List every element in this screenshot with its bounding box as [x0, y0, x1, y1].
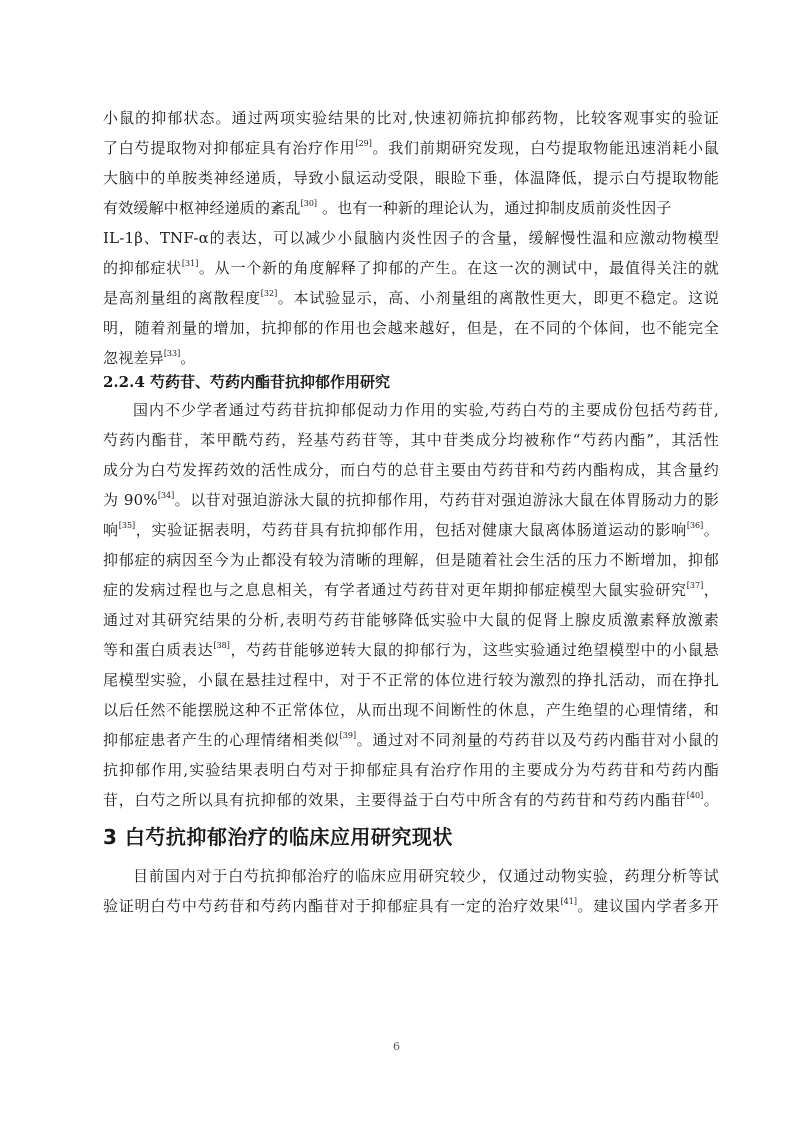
- text-line: 芍药内酯苷，苯甲酰芍药，羟基芍药苷等，其中苷类成分均被称作“芍药内酯”，其活性: [103, 425, 719, 455]
- citation-ref: [35]: [119, 521, 135, 530]
- citation-ref: [36]: [687, 521, 703, 530]
- text-line: IL-1β、TNF-α的表达，可以减少小鼠脑内炎性因子的含量，缓解慢性温和应激动…: [103, 223, 719, 253]
- text-line: 为 90%[34]。以苷对强迫游泳大鼠的抗抑郁作用，芍药苷对强迫游泳大鼠在体胃肠…: [103, 485, 719, 515]
- text-line: 了白芍提取物对抑郁症具有治疗作用[29]。我们前期研究发现，白芍提取物能迅速消耗…: [103, 133, 719, 163]
- citation-ref: [32]: [261, 289, 277, 298]
- citation-ref: [29]: [355, 139, 371, 148]
- text-line: 响[35]，实验证据表明，芍药苷具有抗抑郁作用，包括对健康大鼠离体肠道运动的影响…: [103, 515, 719, 545]
- text-line: 是高剂量组的离散程度[32]。本试验显示，高、小剂量组的离散性更大，即更不稳定。…: [103, 283, 719, 313]
- citation-ref: [34]: [158, 491, 174, 500]
- text-line: 目前国内对于白芍抗抑郁治疗的临床应用研究较少，仅通过动物实验，药理分析等试: [103, 861, 719, 891]
- citation-ref: [37]: [687, 581, 703, 590]
- citation-ref: [31]: [182, 259, 198, 268]
- text-line: 苷，白芍之所以具有抗抑郁的效果，主要得益于白芍中所含有的芍药苷和芍药内酯苷[40…: [103, 785, 719, 815]
- citation-ref: [39]: [340, 731, 356, 740]
- text-line: 通过对其研究结果的分析,表明芍药苷能够降低实验中大鼠的促肾上腺皮质激素释放激素: [103, 605, 719, 635]
- citation-ref: [40]: [687, 791, 703, 800]
- text-line: 成分为白芍发挥药效的活性成分，而白芍的总苷主要由芍药苷和芍药内酯构成，其含量约: [103, 455, 719, 485]
- text-line: 明，随着剂量的增加，抗抑郁的作用也会越来越好，但是，在不同的个体间，也不能完全: [103, 313, 719, 343]
- text-line: 忽视差异[33]。: [103, 343, 719, 365]
- text-line: 抑郁症的病因至今为止都没有较为清晰的理解，但是随着社会生活的压力不断增加，抑郁: [103, 545, 719, 575]
- citation-ref: [33]: [164, 349, 180, 358]
- text-line: 症的发病过程也与之息息相关，有学者通过芍药苷对更年期抑郁症模型大鼠实验研究[37…: [103, 575, 719, 605]
- text-line: 等和蛋白质表达[38]，芍药苷能够逆转大鼠的抑郁行为，这些实验通过绝望模型中的小…: [103, 635, 719, 665]
- text-line: 国内不少学者通过芍药苷抗抑郁促动力作用的实验,芍药白芍的主要成份包括芍药苷,: [103, 395, 719, 425]
- text-line: 尾模型实验，小鼠在悬挂过程中，对于不正常的体位进行较为激烈的挣扎活动，而在挣扎: [103, 665, 719, 695]
- page-number: 6: [0, 1040, 793, 1053]
- paragraph-depression-state: 小鼠的抑郁状态。通过两项实验结果的比对,快速初筛抗抑郁药物，比较客观事实的验证 …: [103, 103, 719, 365]
- text-line: 抗抑郁作用,实验结果表明白芍对于抑郁症具有治疗作用的主要成分为芍药苷和芍药内酯: [103, 755, 719, 785]
- subsection-heading: 2.2.4 芍药苷、芍药内酯苷抗抑郁作用研究: [103, 371, 719, 393]
- paragraph-clinical-status: 目前国内对于白芍抗抑郁治疗的临床应用研究较少，仅通过动物实验，药理分析等试 验证…: [103, 861, 719, 921]
- text-line: 有效缓解中枢神经递质的紊乱[30] 。也有一种新的理论认为，通过抑制皮质前炎性因…: [103, 193, 719, 223]
- text-line: 以后任然不能摆脱这种不正常体位，从而出现不间断性的休息，产生绝望的心理情绪，和: [103, 695, 719, 725]
- text-line: 大脑中的单胺类神经递质，导致小鼠运动受限，眼睑下垂，体温降低，提示白芍提取物能: [103, 163, 719, 193]
- text-line: 的抑郁症状[31]。从一个新的角度解释了抑郁的产生。在这一次的测试中，最值得关注…: [103, 253, 719, 283]
- citation-ref: [41]: [561, 897, 577, 906]
- text-line: 验证明白芍中芍药苷和芍药内酯苷对于抑郁症具有一定的治疗效果[41]。建议国内学者…: [103, 891, 719, 921]
- section-heading: 3 白芍抗抑郁治疗的临床应用研究现状: [103, 823, 719, 851]
- text-line: 小鼠的抑郁状态。通过两项实验结果的比对,快速初筛抗抑郁药物，比较客观事实的验证: [103, 103, 719, 133]
- citation-ref: [30]: [301, 199, 317, 208]
- paragraph-paeoniflorin: 国内不少学者通过芍药苷抗抑郁促动力作用的实验,芍药白芍的主要成份包括芍药苷, 芍…: [103, 395, 719, 815]
- document-page: 小鼠的抑郁状态。通过两项实验结果的比对,快速初筛抗抑郁药物，比较客观事实的验证 …: [103, 103, 719, 921]
- citation-ref: [38]: [213, 641, 229, 650]
- text-line: 抑郁症患者产生的心理情绪相类似[39]。通过对不同剂量的芍药苷以及芍药内酯苷对小…: [103, 725, 719, 755]
